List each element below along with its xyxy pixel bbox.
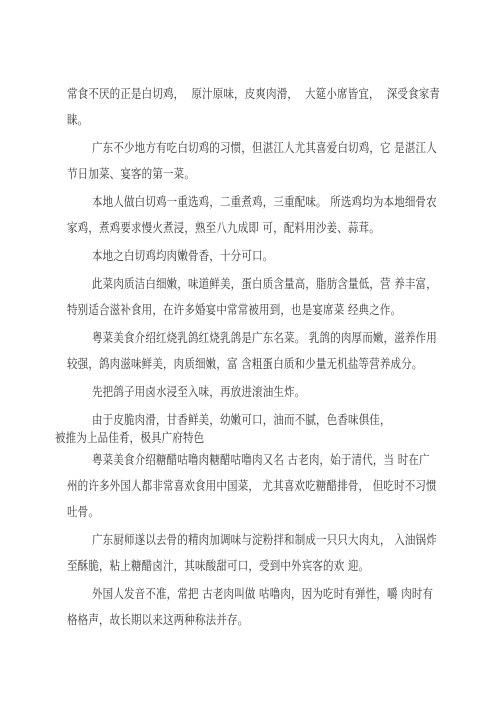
text-line: 睐。	[67, 107, 431, 133]
paragraph: 粤菜美食介绍红烧乳鸽红烧乳鸽是广东名菜。 乳鸽的肉厚而嫩，滋养作用 较强，鸽肉滋…	[67, 325, 500, 377]
text-line: 家鸡，煮鸡要求慢火煮浸，熟至八九成即 可，配料用沙姜、蒜茸。	[67, 215, 431, 241]
text-line: 先把鸽子用卤水浸至入味，再放进滚油生炸。	[92, 379, 435, 405]
paragraph: 广东厨师遂以去骨的精肉加调味与淀粉拌和制成一只只大肉丸， 入油锅炸 至酥脆，粘上…	[67, 527, 500, 579]
text-line: 格格声，故长期以来这两种称法并存。	[67, 607, 431, 633]
paragraph: 广东不少地方有吃白切鸡的习惯，但湛江人尤其喜爱白切鸡，它 是湛江人 节日加菜、宴…	[67, 135, 500, 187]
text-line: 至酥脆，粘上糖醋卤汁，其味酸甜可口，受到中外宾客的欢 迎。	[67, 553, 431, 579]
text-line: 粤菜美食介绍糖醋咕噜肉糖醋咕噜肉又名 古老肉，始于清代，当 时在广	[92, 447, 435, 473]
text-line: 此菜肉质洁白细嫩，味道鲜美，蛋白质含量高，脂肪含量低，营 养丰富，	[92, 271, 435, 297]
paragraph: 由于皮脆肉滑，甘香鲜美，幼嫩可口，油而不腻，色香味俱佳， 被推为上品佳肴，极具广…	[67, 407, 500, 451]
text-line: 广东厨师遂以去骨的精肉加调味与淀粉拌和制成一只只大肉丸， 入油锅炸	[92, 527, 435, 553]
text-line: 广东不少地方有吃白切鸡的习惯，但湛江人尤其喜爱白切鸡，它 是湛江人	[92, 135, 435, 161]
text-line: 特别适合滋补食用，在许多婚宴中常常被用到，也是宴席菜 经典之作。	[67, 297, 431, 323]
document-page: 常食不厌的正是白切鸡， 原汁原味，皮爽肉滑， 大筵小席皆宜， 深受食家青 睐。 …	[0, 0, 500, 708]
paragraph: 常食不厌的正是白切鸡， 原汁原味，皮爽肉滑， 大筵小席皆宜， 深受食家青 睐。	[67, 81, 500, 133]
text-line: 州的许多外国人都非常喜欢食用中国菜， 尤其喜欢吃糖醋排骨， 但吃时不习惯	[67, 473, 431, 499]
document-text-block: 常食不厌的正是白切鸡， 原汁原味，皮爽肉滑， 大筵小席皆宜， 深受食家青 睐。 …	[67, 81, 500, 633]
text-line: 吐骨。	[67, 499, 431, 525]
paragraph: 此菜肉质洁白细嫩，味道鲜美，蛋白质含量高，脂肪含量低，营 养丰富， 特别适合滋补…	[67, 271, 500, 323]
paragraph: 本地之白切鸡均肉嫩骨香，十分可口。	[67, 243, 500, 269]
text-line: 粤菜美食介绍红烧乳鸽红烧乳鸽是广东名菜。 乳鸽的肉厚而嫩，滋养作用	[92, 325, 435, 351]
paragraph: 粤菜美食介绍糖醋咕噜肉糖醋咕噜肉又名 古老肉，始于清代，当 时在广 州的许多外国…	[67, 447, 500, 525]
paragraph: 先把鸽子用卤水浸至入味，再放进滚油生炸。	[67, 379, 500, 405]
text-line: 常食不厌的正是白切鸡， 原汁原味，皮爽肉滑， 大筵小席皆宜， 深受食家青	[67, 81, 431, 107]
paragraph: 本地人做白切鸡一重选鸡，二重煮鸡，三重配味。 所选鸡均为本地细骨农 家鸡，煮鸡要…	[67, 189, 500, 241]
text-line: 较强，鸽肉滋味鲜美，肉质细嫩，富 含粗蛋白质和少量无机盐等营养成分。	[67, 351, 431, 377]
text-line: 外国人发音不准，常把 古老肉叫做 咕噜肉，因为吃时有弹性，嚼 肉时有	[92, 581, 435, 607]
text-line: 节日加菜、宴客的第一菜。	[67, 161, 431, 187]
paragraph: 外国人发音不准，常把 古老肉叫做 咕噜肉，因为吃时有弹性，嚼 肉时有 格格声，故…	[67, 581, 500, 633]
text-line: 本地之白切鸡均肉嫩骨香，十分可口。	[92, 243, 435, 269]
text-line: 本地人做白切鸡一重选鸡，二重煮鸡，三重配味。 所选鸡均为本地细骨农	[92, 189, 435, 215]
